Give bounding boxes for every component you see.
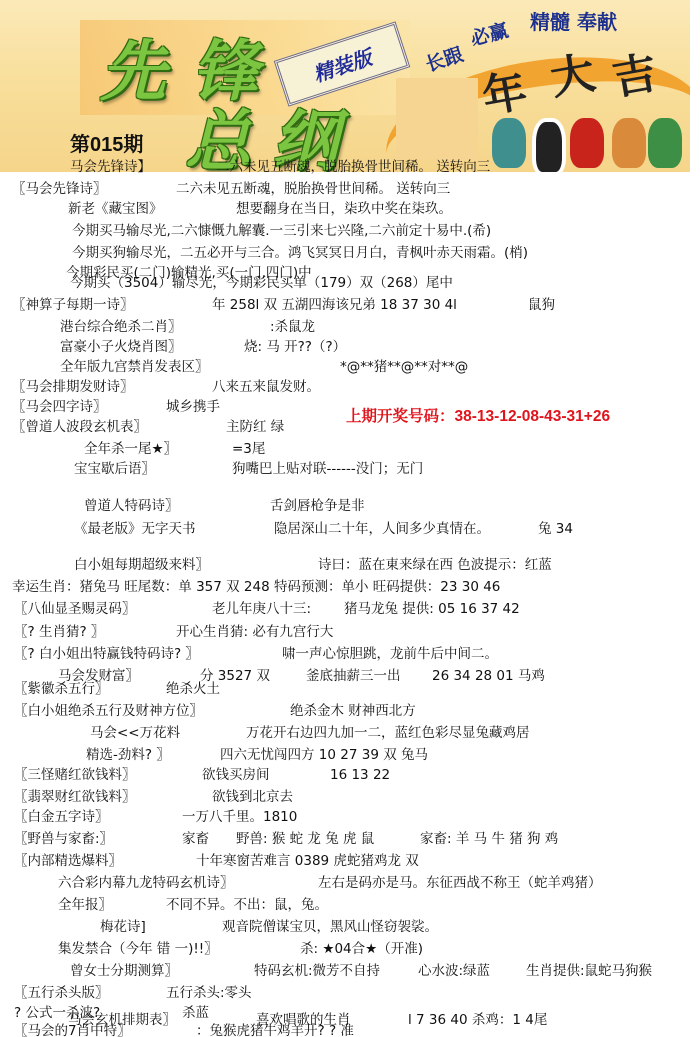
mascot-icon-swallow — [648, 118, 682, 168]
line-label: 〖野兽与家畜:〗 — [14, 830, 113, 848]
mascot-icon-panda — [532, 118, 566, 172]
line-value: 舌剑唇枪争是非 — [270, 497, 365, 515]
title-char-1: 先 — [100, 18, 166, 113]
line-value: 年 258l 双 五湖四海该兄弟 18 37 30 4l — [212, 296, 457, 314]
line-label: 精选-劲料? 〗 — [86, 746, 170, 764]
line-value: *@**猪**@**对**@ — [340, 358, 468, 376]
line-value: 鼠狗 — [528, 296, 555, 314]
line-label: 〖三怪赌红欲钱料〗 — [14, 766, 136, 784]
line-value: 左右是码亦是马。东征西战不称王（蛇羊鸡猪） — [318, 874, 602, 892]
line-value: 万花开右边四九加一二，蓝红色彩尽显兔藏鸡居 — [246, 724, 530, 742]
line-label: 〖? 生肖猜? 〗 — [14, 623, 104, 641]
line-label: 富豪小子火烧肖图〗 — [60, 338, 182, 356]
line-value: 一万八千里。1810 — [182, 808, 297, 826]
slogan-left: 长跟 — [422, 40, 466, 77]
line-label: 〖白金五字诗〗 — [14, 808, 109, 826]
line-value: 二六未见五断魂，脱胎换骨世间稀。 送转向三 — [176, 180, 450, 198]
line-value: 心水波:绿蓝 — [418, 962, 490, 980]
slogan-top: 精髓 奉献 — [530, 6, 617, 35]
line-value: 兔 34 — [538, 520, 573, 538]
line-value: 狗嘴巴上贴对联------没门；无门 — [232, 460, 423, 478]
mascot-icon-antelope — [612, 118, 646, 168]
line-label: 宝宝歇后语〗 — [74, 460, 155, 478]
line-label: 〖内部精选爆料〗 — [14, 852, 122, 870]
last-draw-numbers: 38-13-12-08-43-31+26 — [455, 408, 611, 425]
line-value: 野兽: 猴 蛇 龙 兔 虎 鼠 — [236, 830, 374, 848]
line-value: l 7 36 40 杀鸡：1 4尾 — [408, 1011, 547, 1029]
line-value: 16 13 22 — [330, 766, 390, 784]
line-label: 〖紫徽杀五行〗 — [14, 680, 109, 698]
line-value: 特码玄机:微芳不自持 — [254, 962, 380, 980]
line-value: 隐居深山二十年，人间多少真情在。 — [274, 520, 490, 538]
line-label: 全年杀一尾★〗 — [84, 440, 177, 458]
line-value: 家畜 — [182, 830, 209, 848]
line-label: 马会先锋诗】 — [70, 158, 151, 176]
line-label: 〖马会排期发财诗〗 — [12, 378, 134, 396]
line-value: 城乡携手 — [166, 398, 220, 416]
line-label: 〖五行杀头版〗 — [14, 984, 109, 1002]
line-label: 《最老版》无字天书 — [74, 520, 196, 538]
line-value: 绝杀金木 财神西北方 — [290, 702, 416, 720]
last-draw-result: 上期开奖号码：38-13-12-08-43-31+26 — [346, 404, 610, 426]
line-value: 想要翻身在当日，柒玖中奖在柒玖。 — [236, 200, 452, 218]
line-label: 〖八仙显圣赐灵码〗 — [14, 600, 136, 618]
line-value: =3尾 — [232, 440, 265, 458]
line-label: 〖白小姐绝杀五行及财神方位〗 — [14, 702, 203, 720]
line-value: 五行杀头:零头 — [166, 984, 252, 1002]
line-value: 诗曰：蓝在東来绿在西 色波提示：红蓝 — [318, 556, 552, 574]
line-value: 猪马龙兔 提供: 05 16 37 42 — [344, 600, 520, 618]
line-value: 欲钱到北京去 — [212, 788, 293, 806]
line-label: 梅花诗] — [100, 918, 146, 936]
line-value: 26 34 28 01 马鸡 — [432, 667, 545, 685]
line-label: 新老《藏宝图》 — [68, 200, 163, 218]
line-label: 白小姐每期超级来料〗 — [74, 556, 209, 574]
line-value: 开心生肖猜: 必有九宫行大 — [176, 623, 333, 641]
mascot-icon-fish — [492, 118, 526, 168]
line-value: :杀鼠龙 — [270, 318, 315, 336]
line-label: 曾女士分期测算〗 — [70, 962, 178, 980]
line-value: 烧: 马 开??（?） — [244, 338, 346, 356]
mascot-icon-flame — [570, 118, 604, 168]
blank-patch — [396, 78, 478, 160]
line-label: 幸运生肖：猪兔马 旺尾数：单 357 双 248 特码预测：单小 旺码提供：23… — [12, 578, 500, 596]
line-label: 〖神算子每期一诗〗 — [12, 296, 134, 314]
line-label: 六合彩内幕九龙特码玄机诗〗 — [58, 874, 234, 892]
slogan-mid: 必赢 — [467, 16, 511, 52]
line-label: 马会<<万花料 — [90, 724, 180, 742]
line-label: 港台综合绝杀二肖〗 — [60, 318, 182, 336]
line-value: 杀: ★04合★（开准) — [300, 940, 423, 958]
line-value: 不同不异。不出：鼠，兔。 — [166, 896, 328, 914]
line-value: 釜底抽薪三一出 — [306, 667, 401, 685]
line-value: 四六无忧闯四方 10 27 39 双 兔马 — [220, 746, 428, 764]
line-value: 主防红 绿 — [226, 418, 284, 436]
line-label: 〖马会的7肖中特〗 — [14, 1022, 131, 1037]
line-value: 啸一声心惊胆跳，龙前牛后中间二。 — [282, 645, 498, 663]
line-label: 〖马会先锋诗〗 — [12, 180, 107, 198]
line-value: 十年寒窗苦难言 0389 虎蛇猪鸡龙 双 — [196, 852, 419, 870]
line-label: 今期买（3504）输尽光，今期彩民买单（179）双（268）尾中 — [70, 274, 453, 292]
line-label: 曾道人特码诗〗 — [84, 497, 179, 515]
line-label: 今期买马输尽光,二六慷慨九解囊.一三引来七兴隆,二六前定十易中.(希) — [72, 222, 491, 240]
line-label: 〖曾道人波段玄机表〗 — [12, 418, 147, 436]
line-value: 观音院僧谋宝贝，黑风山怪窃袈裟。 — [222, 918, 438, 936]
line-value: 八来五来鼠发财。 — [212, 378, 320, 396]
line-label: 全年版九宫禁肖发表区〗 — [60, 358, 209, 376]
line-value: 生肖提供:鼠蛇马狗猴 — [526, 962, 652, 980]
line-label: 〖? 白小姐出特赢钱特码诗? 〗 — [14, 645, 199, 663]
line-value: 杀蓝 — [182, 1004, 209, 1022]
line-label: 〖翡翠财红欲钱料〗 — [14, 788, 136, 806]
line-value: 家畜: 羊 马 牛 猪 狗 鸡 — [420, 830, 558, 848]
line-value: 欲钱买房间 — [202, 766, 270, 784]
header-banner: 先 锋 总 纲 精装版 精髓 奉献 必赢 长跟 年 大 吉 第015期 — [0, 0, 690, 172]
line-value: ：兔猴虎猪牛鸡羊开? ? 准 — [196, 1022, 354, 1037]
line-value: 老儿年庚八十三: — [212, 600, 311, 618]
line-label: ? 公式一杀波? — [14, 1004, 100, 1022]
line-label: 〖马会四字诗〗 — [12, 398, 107, 416]
last-draw-label: 上期开奖号码： — [346, 408, 455, 425]
line-label: 今期买狗输尽光，二五必开与三合。鸿飞冥冥日月白，青枫叶赤天雨霜。(梢) — [72, 244, 528, 262]
issue-number: 第015期 — [70, 128, 143, 157]
line-value: 绝杀火土 — [166, 680, 220, 698]
line-value: 二六未见五断魂，脱胎换骨世间稀。 送转向三 — [216, 158, 490, 176]
line-label: 集发禁合（今年 错 一)!!〗 — [58, 940, 218, 958]
line-label: 全年报〗 — [58, 896, 112, 914]
